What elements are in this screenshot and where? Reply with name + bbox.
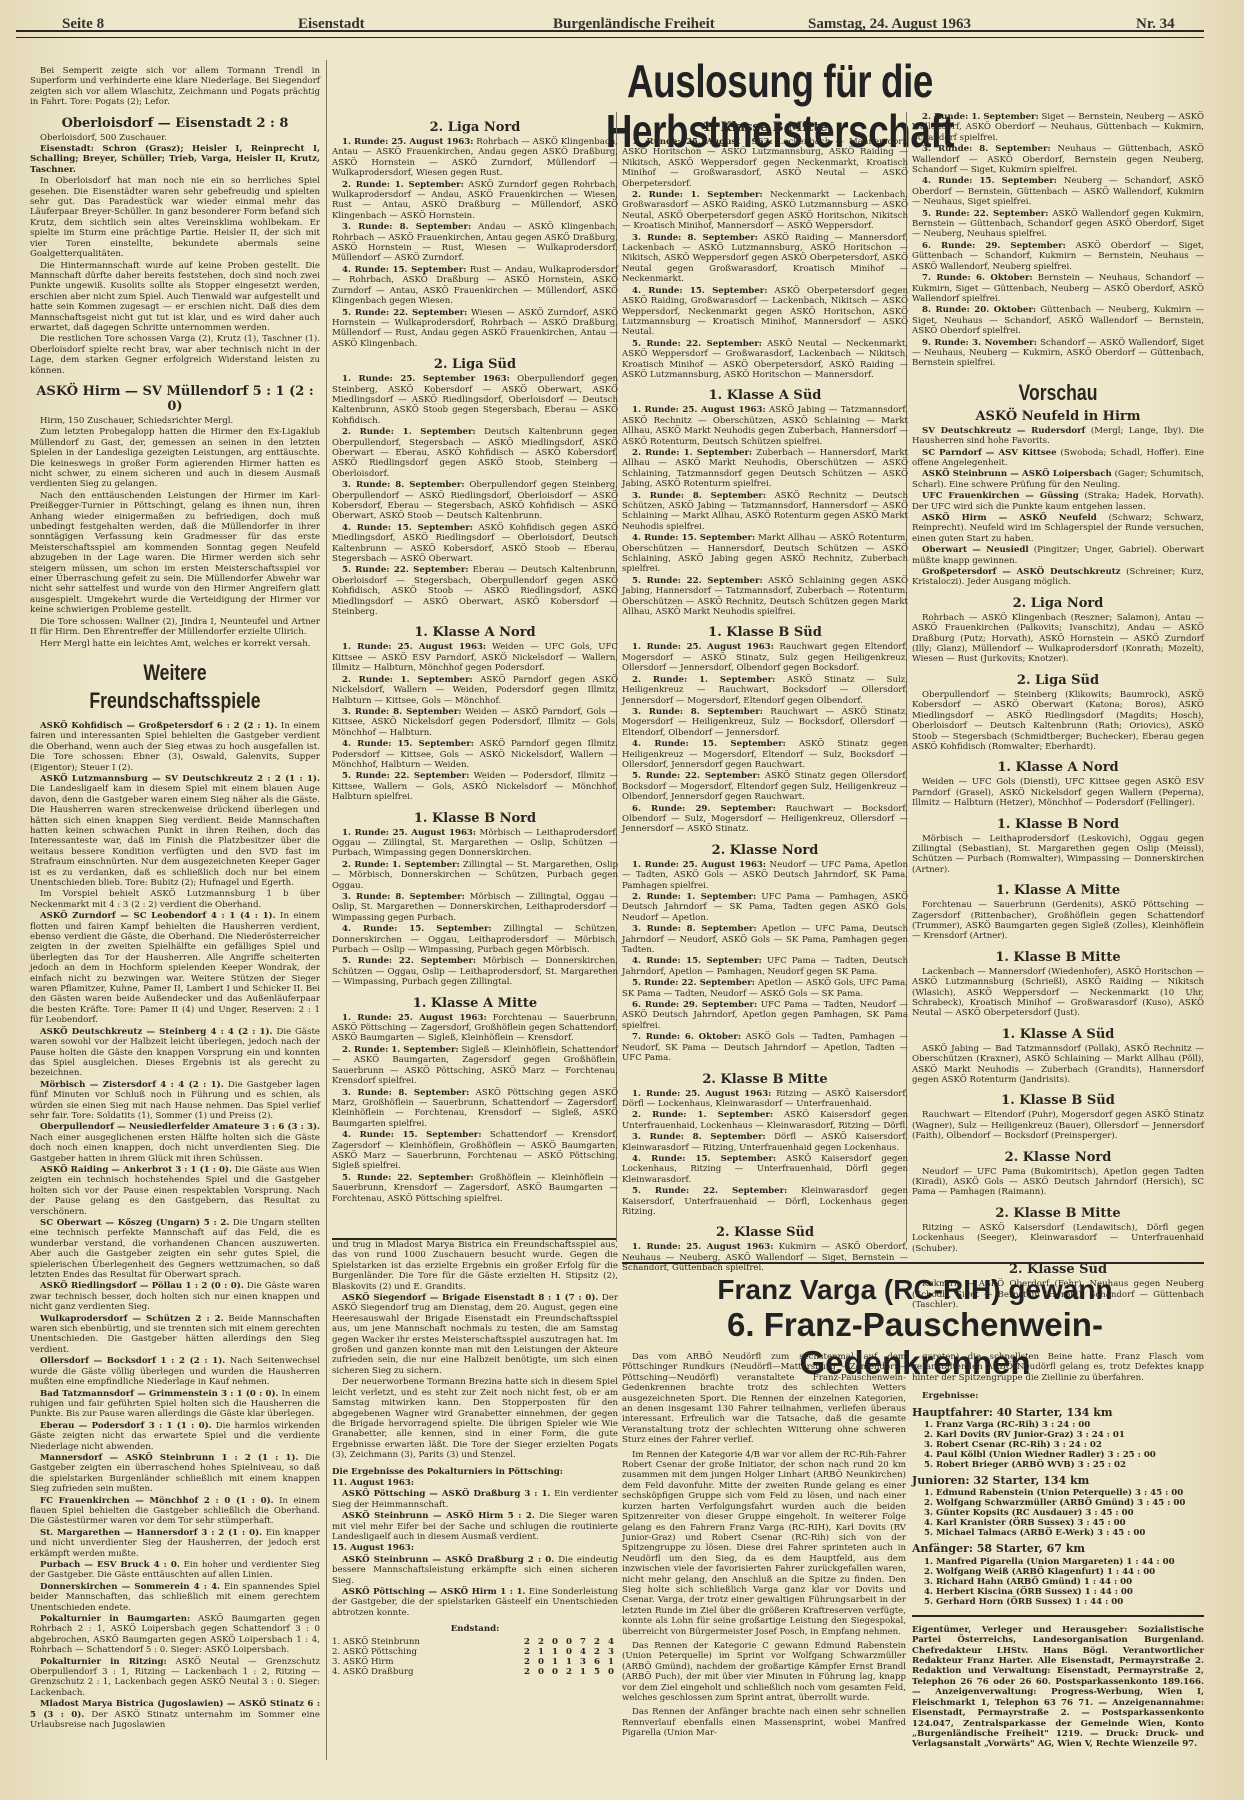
- fixture-lead: 5. Runde: 22. September:: [632, 771, 760, 781]
- fixture-lead: 2. Runde: 1. September:: [342, 860, 460, 870]
- fixture-paragraph: UFC Frauenkirchen — Güssing (Straka; Had…: [912, 491, 1204, 512]
- fixture-lead: 6. Runde: 29. September:: [922, 241, 1066, 251]
- fixture-lead: 7. Runde: 6. Oktober:: [632, 1032, 741, 1042]
- fixture-paragraph: 1. Runde: 25. August 1963: Rauchwart geg…: [622, 642, 908, 673]
- fixture-paragraph: Oberpullendorf — Neusiedlerfelder Amateu…: [30, 1122, 320, 1164]
- league-heading: 2. Klasse B Mitte: [622, 1072, 908, 1087]
- fixture-lead: St. Margarethen — Hannersdorf 3 : 2 (1 :…: [40, 1528, 262, 1538]
- pokal-title: Die Ergebnisse des Pokalturniers in Pött…: [332, 1467, 618, 1477]
- fixture-lead: 5. Runde: 22. September:: [632, 1186, 787, 1196]
- fixture-paragraph: ASKÖ Steinbrunn — ASKÖ Hirm 5 : 2. Die S…: [332, 1511, 618, 1542]
- fixture-paragraph: ASKÖ Zurndorf — SC Leobendorf 4 : 1 (4 :…: [30, 911, 320, 1025]
- fixture-lead: 3. Runde: 8. September:: [342, 480, 465, 490]
- fixture-paragraph: 1. Runde: 25. August 1963: ASKÖ Jabing —…: [622, 405, 908, 447]
- pokal-date: 11. August 1963:: [332, 1478, 618, 1488]
- fixture-paragraph: 5. Runde: 22. September: Apetlon — ASKÖ …: [622, 978, 908, 999]
- fixture-lead: 3. Runde: 8. September:: [342, 707, 461, 717]
- article-paragraph: und trug in Mladost Marya Bistrica ein F…: [332, 1240, 618, 1292]
- fixture-paragraph: SC Oberwart — Kőszeg (Ungarn) 5 : 2. Die…: [30, 1218, 320, 1280]
- fixture-paragraph: 3. Runde: 8. September: Mörbisch — Zilli…: [332, 892, 618, 923]
- article-paragraph: Der neuerworbene Tormann Brezina hatte s…: [332, 1377, 618, 1460]
- fixture-paragraph: 5. Runde: 22. September: ASKÖ Neutal — N…: [622, 339, 908, 381]
- fixture-lead: ASKÖ Kohfidisch — Großpetersdorf 6 : 2 (…: [40, 721, 277, 731]
- fixture-paragraph: 1. Runde: 25. August 1963: Neudorf — UFC…: [622, 860, 908, 891]
- fixture-paragraph: ASKÖ Kohfidisch — Großpetersdorf 6 : 2 (…: [30, 721, 320, 773]
- fixture-lead: 3. Runde: 8. September:: [342, 1088, 469, 1098]
- league-heading: 1. Klasse B Süd: [622, 625, 908, 640]
- fixture-paragraph: ASKÖ Deutschkreutz — Steinberg 4 : 4 (2 …: [30, 1027, 320, 1079]
- fixture-lead: SC Parndorf — ASV Kittsee: [922, 448, 1057, 458]
- article-paragraph: Das Rennen der Anfänger brachte nach ein…: [622, 1707, 906, 1738]
- article-paragraph: In Oberloisdorf hat man noch nie ein so …: [30, 176, 320, 259]
- fixture-lead: 3. Runde: 8. September:: [632, 491, 766, 501]
- fixture-paragraph: 5. Runde: 22. September: Eberau — Deutsc…: [332, 565, 618, 617]
- fixture-lead: 5. Runde: 22. September:: [342, 771, 469, 781]
- league-heading: 2. Liga Nord: [332, 120, 618, 135]
- article-paragraph: Das Rennen der Kategorie C gewann Edmund…: [622, 1641, 906, 1703]
- league-heading: 2. Klasse Nord: [622, 843, 908, 858]
- fixture-lead: ASKÖ Zurndorf — SC Leobendorf 4 : 1 (4 :…: [40, 911, 276, 921]
- fixture-lead: 2. Runde: 1. September:: [632, 1110, 773, 1120]
- fixture-lead: 4. Runde: 15. September:: [632, 1154, 776, 1164]
- friendlies-list: ASKÖ Kohfidisch — Großpetersdorf 6 : 2 (…: [30, 721, 320, 1731]
- fixture-paragraph: 1. Runde: 25. August 1963: Weiden — UFC …: [332, 642, 618, 673]
- fixture-lead: 4. Runde: 15. September:: [342, 523, 473, 533]
- fixture-lead: 1. Runde: 25. August 1963:: [342, 642, 486, 652]
- fixture-lead: 1. Runde: 25. August 1963:: [632, 642, 774, 652]
- standings-value: 2: [520, 1667, 534, 1677]
- fixture-paragraph: 5. Runde: 22. September: Wiesen — ASKÖ Z…: [332, 308, 618, 350]
- fixture-lead: ASKÖ Steinbrunn — ASKÖ Loipersbach: [922, 469, 1112, 479]
- fixture-lead: 1. Runde: 25. August 1963:: [632, 1242, 773, 1252]
- continued-article: und trug in Mladost Marya Bistrica ein F…: [332, 1240, 618, 1677]
- column-4: 2. Runde: 1. September: Siget — Bernstei…: [912, 112, 1204, 1311]
- fixture-lead: ASKÖ Riedlingsdorf — Pöllau 1 : 2 (0 : 0…: [40, 1281, 244, 1291]
- fixture-paragraph: 5. Runde: 22. September: ASKÖ Stinatz ge…: [622, 771, 908, 802]
- article-paragraph: Die Hintermannschaft wurde auf keine Pro…: [30, 261, 320, 334]
- fixture-lead: 2. Runde: 1. September:: [632, 892, 756, 902]
- fixture-lead: Pokalturnier in Ritzing:: [40, 1657, 167, 1667]
- standings-value: 0: [534, 1667, 548, 1677]
- result-line: 1. Edmund Rabenstein (Union Peterquelle)…: [912, 1488, 1204, 1498]
- fixture-lead: 5. Runde: 22. September:: [922, 209, 1048, 219]
- fixture-paragraph: 3. Runde: 8. September: Apetlon — UFC Pa…: [622, 924, 908, 955]
- fixture-lead: ASKÖ Deutschkreutz — Steinberg 4 : 4 (2 …: [40, 1027, 273, 1037]
- impressum: Eigentümer, Verleger und Herausgeber: So…: [912, 1625, 1204, 1750]
- preview-fixtures: Lackenbach — Mannersdorf (Wiedenhofer), …: [912, 967, 1204, 1019]
- league-heading: 2. Klasse Nord: [912, 1150, 1204, 1165]
- league-heading: 1. Klasse B Nord: [332, 811, 618, 826]
- fixture-lead: Oberwart — Neusiedl: [922, 545, 1029, 555]
- fixture-lead: 2. Runde: 1. September:: [342, 427, 476, 437]
- fixture-paragraph: ASKÖ Pöttsching — ASKÖ Hirm 1 : 1. Eine …: [332, 1587, 618, 1618]
- article-paragraph: Nach den enttäuschenden Leistungen der H…: [30, 491, 320, 616]
- league-heading: 1. Klasse B Mitte: [622, 120, 908, 135]
- fixture-paragraph: 8. Runde: 20. Oktober: Güttenbach — Neub…: [912, 305, 1204, 336]
- fixture-paragraph: Ollersdorf — Bocksdorf 1 : 2 (2 : 1). Na…: [30, 1356, 320, 1387]
- fixture-paragraph: 4. Runde: 15. September: Markt Allhau — …: [622, 533, 908, 575]
- fixture-paragraph: 4. Runde: 15. September: UFC Pama — Tadt…: [622, 956, 908, 977]
- fixture-paragraph: 2. Runde: 1. September: Zillingtal — St.…: [332, 860, 618, 891]
- standings-team: 4. ASKÖ Draßburg: [332, 1667, 520, 1677]
- fixture-lead: ASKÖ Lutzmannsburg — SV Deutschkreutz 2 …: [40, 774, 320, 784]
- fixture-lead: 5. Runde: 22. September:: [342, 308, 467, 318]
- league-heading: 2. Liga Nord: [912, 596, 1204, 611]
- standings-value: 2: [534, 1637, 548, 1647]
- fixture-paragraph: 4. Runde: 15. September: ASKÖ Stinatz ge…: [622, 739, 908, 770]
- fixture-paragraph: 3. Runde: 8. September: ASKÖ Raiding — M…: [622, 233, 908, 285]
- league-heading: 1. Klasse B Nord: [912, 817, 1204, 832]
- fixture-lead: 9. Runde: 3. November:: [922, 338, 1037, 348]
- result-line: 3. Robert Csenar (RC-Rih) 3 : 24 : 02: [912, 1440, 1204, 1450]
- newspaper-page: Seite 8 Eisenstadt Burgenländische Freih…: [0, 0, 1244, 1800]
- preview-fixtures: Weiden — UFC Gols (Dienstl), UFC Kittsee…: [912, 777, 1204, 808]
- fixture-paragraph: 5. Runde: 22. September: Großhöflein — K…: [332, 1173, 618, 1204]
- standings-table: 1. ASKÖ Steinbrunn22007242. ASKÖ Pöttsch…: [332, 1637, 618, 1677]
- fixture-paragraph: 2. Runde: 1. September: Neckenmarkt — La…: [622, 190, 908, 232]
- fixture-paragraph: 4. Runde: 15. September: Zillingtal — Sc…: [332, 924, 618, 955]
- result-line: 4. Herbert Kiscina (ÖRB Sussex) 1 : 44 :…: [912, 1587, 1204, 1597]
- masthead-rule: [16, 30, 1204, 38]
- fixture-paragraph: ASKÖ Hirm — ASKÖ Neufeld (Schwarz; Schwa…: [912, 513, 1204, 544]
- fixture-paragraph: Bad Tatzmannsdorf — Grimmenstein 3 : 1 (…: [30, 1389, 320, 1420]
- fixture-lead: 1. Runde: 25. August 1963:: [632, 1089, 771, 1099]
- endstand-title: Endstand:: [332, 1624, 618, 1634]
- fixture-paragraph: 3. Runde: 8. September: Andau — ASKÖ Kli…: [332, 222, 618, 264]
- fixture-paragraph: Pokalturnier in Ritzing: ASKÖ Neutal — G…: [30, 1657, 320, 1699]
- preview-fixtures: Rohrbach — ASKÖ Klingenbach (Reszner; Sa…: [912, 613, 1204, 665]
- fixture-lead: 4. Runde: 15. September:: [632, 533, 755, 543]
- preview-fixtures: ASKÖ Jabing — Bad Tatzmannsdorf (Pollak)…: [912, 1044, 1204, 1086]
- result-line: 1. Franz Varga (RC-Rih) 3 : 24 : 00: [912, 1420, 1204, 1430]
- fixture-paragraph: ASKÖ Steinbrunn — ASKÖ Loipersbach (Gage…: [912, 469, 1204, 490]
- fixture-lead: ASKÖ Raiding — Ankerbrot 3 : 1 (1 : 0).: [40, 1165, 232, 1175]
- fixture-text: Die Landesligaelf kam in diesem Spiel mi…: [30, 784, 320, 888]
- league-heading: 1. Klasse A Süd: [912, 1027, 1204, 1042]
- fixture-lead: 4. Runde: 15. September:: [922, 176, 1057, 186]
- result-line: 2. Wolfgang Schwarzmüller (ARBÖ Gmünd) 3…: [912, 1498, 1204, 1508]
- preview-fixtures: Oberpullendorf — Steinberg (Klikowits; B…: [912, 690, 1204, 752]
- fixture-paragraph: 4. Runde: 15. September: ASKÖ Parndorf g…: [332, 739, 618, 770]
- preview-list: SV Deutschkreutz — Rudersdorf (Mergl; La…: [912, 426, 1204, 588]
- match-meta: Oberloisdorf, 500 Zuschauer.: [30, 133, 320, 143]
- fixture-lead: 4. Runde: 15. September:: [632, 739, 786, 749]
- fixture-lead: 2. Runde: 1. September:: [632, 675, 775, 685]
- fixture-lead: 8. Runde: 20. Oktober:: [922, 305, 1036, 315]
- preview-headline: Vorschau: [941, 379, 1175, 407]
- fixture-lead: Pokalturnier in Baumgarten:: [40, 1614, 190, 1624]
- pokal-games: ASKÖ Pöttsching — ASKÖ Draßburg 3 : 1. E…: [332, 1489, 618, 1542]
- fixture-paragraph: 6. Runde: 29. September: UFC Pama — Tadt…: [622, 1000, 908, 1031]
- fixture-paragraph: Purbach — ESV Bruck 4 : 0. Ein hoher und…: [30, 1560, 320, 1581]
- result-line: 2. Wolfgang Weiß (ARBÖ Klagenfurt) 1 : 4…: [912, 1567, 1204, 1577]
- league-heading: 1. Klasse A Süd: [622, 388, 908, 403]
- fixture-paragraph: SC Parndorf — ASV Kittsee (Swoboda; Scha…: [912, 448, 1204, 469]
- fixture-lead: 2. Runde: 1. September:: [342, 1045, 459, 1055]
- preview-subhead: ASKÖ Neufeld in Hirm: [912, 409, 1204, 424]
- results-category: Hauptfahrer: 40 Starter, 134 km: [912, 1408, 1204, 1418]
- standings-value: 0: [562, 1647, 576, 1657]
- fixture-paragraph: 3. Runde: 8. September: ASKÖ Pöttsching …: [332, 1088, 618, 1130]
- fixture-lead: Großpetersdorf — ASKÖ Deutschkreutz: [922, 567, 1121, 577]
- fixture-paragraph: 2. Runde: 1. September: Sigleß — Kleinhö…: [332, 1045, 618, 1087]
- standings-value: 1: [576, 1667, 590, 1677]
- fixture-paragraph: 9. Runde: 3. November: Schandorf — ASKÖ …: [912, 338, 1204, 369]
- fixture-paragraph: Eberau — Podersdorf 3 : 1 (1 : 0). Die h…: [30, 1421, 320, 1452]
- article-paragraph: Das vom ARBÖ Neudörfl zum sechstenmal au…: [622, 1352, 906, 1446]
- league-fixtures: 2. Runde: 1. September: Siget — Bernstei…: [912, 112, 1204, 369]
- race-article-col-1: Das vom ARBÖ Neudörfl zum sechstenmal au…: [622, 1352, 906, 1743]
- results-category: Anfänger: 58 Starter, 67 km: [912, 1544, 1204, 1554]
- fixture-lead: 3. Runde: 8. September:: [342, 892, 465, 902]
- league-heading: 1. Klasse B Mitte: [912, 950, 1204, 965]
- fixture-paragraph: Im Vorspiel behielt ASKÖ Lutzmannsburg 1…: [30, 889, 320, 910]
- fixture-paragraph: 2. Runde: 1. September: ASKÖ Kaisersdorf…: [622, 1110, 908, 1131]
- column-divider: [326, 60, 327, 1760]
- result-line: 1. Manfred Pigarella (Union Margareten) …: [912, 1557, 1204, 1567]
- fixture-paragraph: St. Margarethen — Hannersdorf 3 : 2 (1 :…: [30, 1528, 320, 1559]
- fixture-text: Nach einer ausgeglichenen ersten Hälfte …: [30, 1133, 320, 1164]
- fixture-paragraph: 2. Runde: 1. September: ASKÖ Zurndorf ge…: [332, 180, 618, 222]
- fixture-paragraph: ASKÖ Riedlingsdorf — Pöllau 1 : 2 (0 : 0…: [30, 1281, 320, 1312]
- fixture-lead: 5. Runde: 22. September:: [632, 978, 755, 988]
- standings-value: 2: [520, 1657, 534, 1667]
- standings-value: 1: [534, 1647, 548, 1657]
- league-heading: 2. Klasse Süd: [622, 1225, 908, 1240]
- result-line: 5. Michael Talmacs (ARBÖ E-Werk) 3 : 45 …: [912, 1528, 1204, 1538]
- fixture-paragraph: 4. Runde: 15. September: ASKÖ Kaisersdor…: [622, 1154, 908, 1185]
- fixture-paragraph: Mladost Marya Bistrica (Jugoslawien) — A…: [30, 1699, 320, 1730]
- fixture-lead: 5. Runde: 22. September:: [342, 1173, 474, 1183]
- fixture-lead: 6. Runde: 29. September:: [632, 1000, 757, 1010]
- fixture-lead: UFC Frauenkirchen — Güssing: [922, 491, 1079, 501]
- fixture-lead: 2. Runde: 1. September:: [632, 448, 752, 458]
- standings-value: 1: [604, 1657, 618, 1667]
- standings-value: 2: [590, 1637, 604, 1647]
- match-meta: Hirm, 150 Zuschauer, Schiedsrichter Merg…: [30, 416, 320, 426]
- fixture-lead: ASKÖ Steinbrunn — ASKÖ Hirm 5 : 2.: [342, 1511, 535, 1521]
- article-paragraph: ASKÖ Siegendorf — Brigade Eisenstadt 8 :…: [332, 1293, 618, 1376]
- fixture-lead: Ollersdorf — Bocksdorf 1 : 2 (2 : 1).: [40, 1356, 225, 1366]
- fixture-paragraph: 4. Runde: 15. September: Schattendorf — …: [332, 1130, 618, 1172]
- results-label: Ergebnisse:: [922, 1391, 1204, 1401]
- fixture-paragraph: Pokalturnier in Baumgarten: ASKÖ Baumgar…: [30, 1614, 320, 1656]
- fixture-lead: Mannersdorf — ASKÖ Steinbrunn 1 : 2 (1 :…: [40, 1453, 298, 1463]
- fixture-lead: 3. Runde: 8. September:: [632, 924, 757, 934]
- fixture-paragraph: 3. Runde: 8. September: Oberpullendorf g…: [332, 480, 618, 522]
- fixture-paragraph: 5. Runde: 22. September: ASKÖ Schlaining…: [622, 576, 908, 618]
- fixture-lead: 2. Runde: 1. September:: [342, 675, 473, 685]
- league-heading: 2. Liga Süd: [912, 673, 1204, 688]
- standings-value: 0: [604, 1667, 618, 1677]
- fixture-lead: 7. Runde: 6. Oktober:: [922, 273, 1033, 283]
- fixture-paragraph: Donnerskirchen — Sommerein 4 : 4. Ein sp…: [30, 1582, 320, 1613]
- result-line: 4. Paul Kölbl (Union Wiedner Radler) 3 :…: [912, 1450, 1204, 1460]
- fixture-lead: 3. Runde: 8. September:: [922, 144, 1051, 154]
- fixture-paragraph: 2. Runde: 1. September: Zuberbach — Hann…: [622, 448, 908, 490]
- lineup: Eisenstadt: Schron (Grasz); Heisler I, R…: [30, 144, 320, 175]
- league-heading: 1. Klasse A Nord: [332, 625, 618, 640]
- standings-value: 2: [590, 1647, 604, 1657]
- standings-value: 7: [576, 1637, 590, 1647]
- fixture-lead: 2. Runde: 1. September:: [342, 180, 464, 190]
- fixture-paragraph: Oberwart — Neusiedl (Pingitzer; Unger, G…: [912, 545, 1204, 566]
- fixture-lead: 5. Runde: 22. September:: [632, 576, 763, 586]
- preview-fixtures: Neudorf — UFC Pama (Bukomiritsch), Apetl…: [912, 1167, 1204, 1198]
- fixture-lead: 1. Runde: 25. August 1963:: [342, 137, 473, 147]
- fixture-text: Im Vorspiel behielt ASKÖ Lutzmannsburg 1…: [30, 889, 320, 909]
- fixture-paragraph: 1. Runde: 25. August 1963: Forchtenau — …: [332, 1013, 618, 1044]
- pokal-games: ASKÖ Steinbrunn — ASKÖ Draßburg 2 : 0. D…: [332, 1555, 618, 1618]
- league-heading: 1. Klasse A Mitte: [332, 996, 618, 1011]
- fixture-paragraph: 3. Runde: 8. September: Dörfl — ASKÖ Kai…: [622, 1132, 908, 1153]
- intro-text: Bei Semperit zeigte sich vor allem Torma…: [30, 66, 320, 108]
- fixture-paragraph: ASKÖ Steinbrunn — ASKÖ Draßburg 2 : 0. D…: [332, 1555, 618, 1586]
- fixture-paragraph: 1. Runde: 25. August 1963: Ritzing — ASK…: [622, 1089, 908, 1110]
- fixture-lead: 1. Runde: 25. August 1963:: [342, 1013, 487, 1023]
- preview-fixtures: Ritzing — ASKÖ Kaisersdorf (Lendawitsch)…: [912, 1223, 1204, 1254]
- fixture-lead: 4. Runde: 15. September:: [342, 1130, 482, 1140]
- fixture-lead: ASKÖ Hirm — ASKÖ Neufeld: [922, 513, 1097, 523]
- fixture-text: In einem flotten und fairen Kampf behiel…: [30, 911, 320, 1025]
- league-heading: 2. Liga Süd: [332, 357, 618, 372]
- fixture-lead: 4. Runde: 15. September:: [342, 739, 474, 749]
- standings-value: 6: [590, 1657, 604, 1667]
- standings-value: 1: [562, 1657, 576, 1667]
- fixture-lead: Mörbisch — Zistersdorf 4 : 4 (2 : 1).: [40, 1080, 224, 1090]
- fixture-lead: 5. Runde: 22. September:: [632, 339, 762, 349]
- pokal-date: 15. August 1963:: [332, 1543, 618, 1553]
- fixture-lead: Bad Tatzmannsdorf — Grimmenstein 3 : 1 (…: [40, 1389, 279, 1399]
- column-1: Bei Semperit zeigte sich vor allem Torma…: [30, 66, 320, 1732]
- fixture-paragraph: 7. Runde: 6. Oktober: Bernstein — Neuhau…: [912, 273, 1204, 304]
- column-3: 1. Klasse B Mitte1. Runde: 25. August 19…: [622, 112, 908, 1275]
- standings-value: 5: [590, 1667, 604, 1677]
- fixture-lead: 4. Runde: 15. September:: [342, 265, 466, 275]
- fixture-paragraph: 3. Runde: 8. September: Weiden — ASKÖ Pa…: [332, 707, 618, 738]
- fixture-paragraph: 3. Runde: 8. September: Rauchwart — ASKÖ…: [622, 707, 908, 738]
- fixture-lead: 3. Runde: 8. September:: [632, 707, 763, 717]
- fixture-lead: 5. Runde: 22. September:: [342, 565, 469, 575]
- league-heading: 2. Klasse B Mitte: [912, 1206, 1204, 1221]
- match-title: Oberloisdorf — Eisenstadt 2 : 8: [30, 116, 320, 131]
- fixture-paragraph: 1. Runde: 25. August 1963: Rohrbach — AS…: [332, 137, 618, 179]
- fixture-lead: Oberpullendorf — Neusiedlerfelder Amateu…: [40, 1122, 320, 1132]
- preview-leagues: 2. Liga NordRohrbach — ASKÖ Klingenbach …: [912, 596, 1204, 1310]
- fixture-lead: 1. Runde: 25. August 1963:: [632, 405, 766, 415]
- fixture-paragraph: 4. Runde: 15. September: ASKÖ Kohfidisch…: [332, 523, 618, 565]
- standings-value: 3: [604, 1647, 618, 1657]
- article-paragraph: Die restlichen Tore schossen Varga (2), …: [30, 334, 320, 376]
- fixture-lead: ASKÖ Pöttsching — ASKÖ Draßburg 3 : 1.: [342, 1489, 550, 1499]
- league-heading: 1. Klasse A Nord: [912, 760, 1204, 775]
- standings-value: 3: [576, 1657, 590, 1667]
- fixture-lead: SC Oberwart — Kőszeg (Ungarn) 5 : 2.: [40, 1218, 229, 1228]
- fixture-paragraph: Wulkaprodersdorf — Schützen 2 : 2. Beide…: [30, 1314, 320, 1356]
- standings-value: 1: [548, 1657, 562, 1667]
- friendlies-headline: Weitere Freundschaftsspiele: [59, 659, 291, 715]
- fixture-paragraph: 3. Runde: 8. September: ASKÖ Rechnitz — …: [622, 491, 908, 533]
- article-paragraph: Im Rennen der Kategorie 4/B war vor alle…: [622, 1450, 906, 1637]
- fixture-paragraph: ASKÖ Lutzmannsburg — SV Deutschkreutz 2 …: [30, 774, 320, 888]
- result-line: 5. Robert Brieger (ARBÖ WVB) 3 : 25 : 02: [912, 1460, 1204, 1470]
- article-paragraph: Herr Mergl hatte ein leichtes Amt, welch…: [30, 639, 320, 649]
- match-title: ASKÖ Hirm — SV Müllendorf 5 : 1 (2 : 0): [30, 384, 320, 414]
- fixture-lead: 3. Runde: 8. September:: [632, 233, 758, 243]
- fixture-lead: 3. Runde: 8. September:: [632, 1132, 766, 1142]
- fixture-paragraph: Mannersdorf — ASKÖ Steinbrunn 1 : 2 (1 :…: [30, 1453, 320, 1495]
- fixture-lead: 6. Runde: 29. September:: [632, 804, 776, 814]
- fixture-lead: ASKÖ Pöttsching — ASKÖ Hirm 1 : 1.: [342, 1587, 525, 1597]
- fixture-paragraph: 1. Runde: 25. August 1963: Kukmirn — ASK…: [622, 1242, 908, 1273]
- fixture-paragraph: Mörbisch — Zistersdorf 4 : 4 (2 : 1). Di…: [30, 1080, 320, 1122]
- match-lead: ASKÖ Siegendorf — Brigade Eisenstadt 8 :…: [342, 1293, 598, 1303]
- preview-fixtures: Rauchwart — Eltendorf (Puhr), Mogersdorf…: [912, 1110, 1204, 1141]
- league-fixtures: 2. Liga Nord1. Runde: 25. August 1963: R…: [332, 120, 618, 1204]
- race-article-col-2: gareten) die schnellsten Beine hatte. Fr…: [912, 1352, 1204, 1750]
- fixture-lead: SV Deutschkreutz — Rudersdorf: [922, 426, 1085, 436]
- fixture-lead: 4. Runde: 15. September:: [632, 286, 768, 296]
- fixture-paragraph: 6. Runde: 29. September: ASKÖ Oberdorf —…: [912, 241, 1204, 272]
- standings-value: 0: [548, 1667, 562, 1677]
- fixture-lead: 4. Runde: 15. September:: [632, 956, 762, 966]
- fixture-lead: 2. Runde: 1. September:: [632, 190, 763, 200]
- article-paragraph: Die Tore schossen: Wallner (2), Jindra I…: [30, 617, 320, 638]
- fixture-paragraph: 2. Runde: 1. September: Deutsch Kaltenbr…: [332, 427, 618, 479]
- fixture-paragraph: 2. Runde: 1. September: UFC Pama — Pamha…: [622, 892, 908, 923]
- standings-value: 2: [520, 1637, 534, 1647]
- standings-team: 3. ASKÖ Hirm: [332, 1657, 520, 1667]
- fixture-paragraph: 2. Runde: 1. September: ASKÖ Parndorf ge…: [332, 675, 618, 706]
- impressum-rule: [912, 1615, 1204, 1617]
- result-line: 3. Günter Kopsits (RC Ausdauer) 3 : 45 :…: [912, 1508, 1204, 1518]
- standings-value: 4: [604, 1637, 618, 1647]
- league-heading: 1. Klasse A Mitte: [912, 883, 1204, 898]
- standings-value: 0: [562, 1637, 576, 1647]
- fixture-paragraph: 5. Runde: 22. September: Mörbisch — Donn…: [332, 956, 618, 987]
- fixture-paragraph: SV Deutschkreutz — Rudersdorf (Mergl; La…: [912, 426, 1204, 447]
- fixture-paragraph: 6. Runde: 29. September: Rauchwart — Boc…: [622, 804, 908, 835]
- result-line: 3. Richard Hahn (ARBÖ Gmünd) 1 : 44 : 00: [912, 1577, 1204, 1587]
- race-headline-line-1: Franz Varga (RC-RIH) gewann: [620, 1274, 1210, 1306]
- league-heading: 1. Klasse B Süd: [912, 1093, 1204, 1108]
- fixture-paragraph: Großpetersdorf — ASKÖ Deutschkreutz (Sch…: [912, 567, 1204, 588]
- fixture-lead: FC Frauenkirchen — Mönchhof 2 : 0 (1 : 0…: [40, 1496, 274, 1506]
- fixture-paragraph: 1. Runde: 25. September 1963: Oberpullen…: [332, 374, 618, 426]
- fixture-paragraph: 5. Runde: 22. September: Kleinwarasdorf …: [622, 1186, 908, 1217]
- standings-value: 1: [548, 1647, 562, 1657]
- fixture-lead: 5. Runde: 22. September:: [342, 956, 476, 966]
- fixture-lead: ASKÖ Steinbrunn — ASKÖ Draßburg 2 : 0.: [342, 1555, 554, 1565]
- standings-value: 2: [562, 1667, 576, 1677]
- preview-fixtures: Mörbisch — Leithaprodersdorf (Leskovich)…: [912, 834, 1204, 876]
- standings-team: 1. ASKÖ Steinbrunn: [332, 1637, 520, 1647]
- article-paragraph: gareten) die schnellsten Beine hatte. Fr…: [912, 1352, 1204, 1383]
- fixture-paragraph: ASKÖ Pöttsching — ASKÖ Draßburg 3 : 1. E…: [332, 1489, 618, 1510]
- standings-value: 2: [520, 1647, 534, 1657]
- results-category: Junioren: 32 Starter, 134 km: [912, 1476, 1204, 1486]
- standings-value: 4: [576, 1647, 590, 1657]
- fixture-lead: 1. Runde: 25. August 1963:: [632, 137, 773, 147]
- fixture-paragraph: ASKÖ Raiding — Ankerbrot 3 : 1 (1 : 0). …: [30, 1165, 320, 1217]
- fixture-lead: Purbach — ESV Bruck 4 : 0.: [40, 1560, 180, 1570]
- fixture-paragraph: 5. Runde: 22. September: ASKÖ Wallendorf…: [912, 209, 1204, 240]
- fixture-paragraph: 2. Runde: 1. September: ASKÖ Stinatz — S…: [622, 675, 908, 706]
- fixture-lead: 2. Runde: 1. September:: [922, 112, 1039, 122]
- fixture-lead: 1. Runde: 25. September 1963:: [342, 374, 510, 384]
- fixture-lead: Eberau — Podersdorf 3 : 1 (1 : 0).: [40, 1421, 212, 1431]
- result-line: 5. Gerhard Horn (ÖRB Sussex) 1 : 44 : 00: [912, 1597, 1204, 1607]
